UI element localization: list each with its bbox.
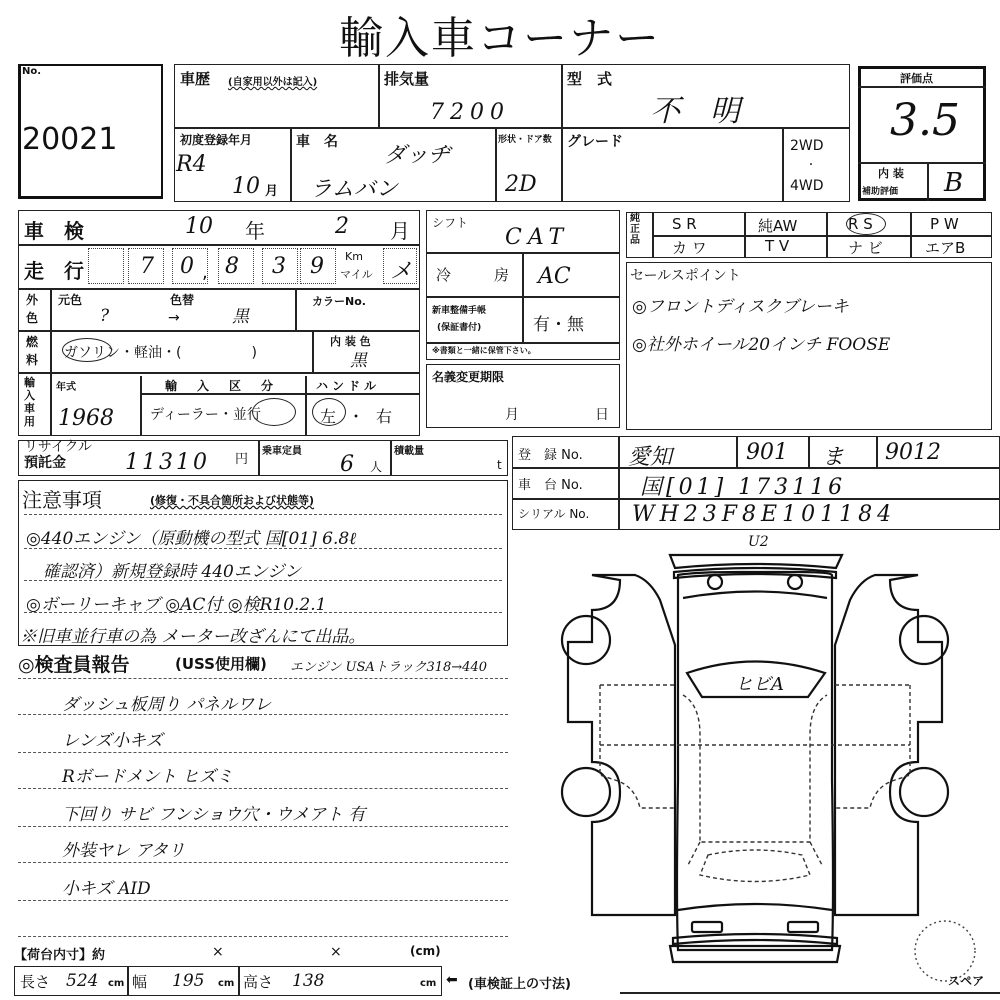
name-change-month: 月 (505, 404, 519, 424)
inspection-year-unit: 年 (245, 215, 265, 244)
inspector-label: ◎検査員報告 (18, 650, 130, 677)
mileage-label: 走 行 (24, 255, 84, 284)
drive-4wd: 4WD (790, 178, 824, 194)
body-doors-label: 形状・ドア数 (498, 132, 552, 145)
inspection-year: 10 (185, 214, 213, 239)
inspector-line-2: レンズ小キズ (62, 726, 163, 751)
maintenance-book-options: 有・無 (533, 310, 584, 335)
arrow-left-icon: ⬅ (446, 972, 458, 988)
aircon-value: AC (538, 264, 571, 289)
serial-number-value: WH23F8E101184 (632, 502, 896, 527)
car-damage-diagram (540, 530, 1000, 1000)
sales-point-2: ◎社外ホイール20インチ FOOSE (632, 330, 890, 355)
equipment-pw: P W (930, 215, 959, 233)
equipment-airbag: エアB (925, 237, 965, 258)
equipment-tv: T V (765, 237, 789, 255)
handle-label: ハンドル (316, 377, 380, 394)
load-unit: t (497, 458, 502, 472)
mileage-digit-5: 9 (310, 254, 324, 279)
original-color-value: ? (100, 306, 109, 326)
lot-number: 20021 (22, 122, 117, 157)
width-value: 195 (172, 971, 204, 991)
lot-label: No. (22, 66, 41, 77)
exterior-color-label1: 外 (26, 291, 38, 308)
cargo-x2: × (330, 944, 342, 960)
color-change-arrow: → (168, 310, 180, 326)
recycle-value: 11310 (125, 450, 210, 475)
inspector-line-4: 下回り サビ フンショウ穴・ウメアト 有 (62, 800, 365, 825)
equipment-side-label: 純正品 (630, 213, 644, 246)
inspection-label: 車 検 (24, 215, 84, 244)
reg-part-number: 9012 (885, 440, 941, 465)
interior-color-value: 黒 (350, 346, 367, 371)
inspector-line-6: 小キズ AID (62, 874, 151, 899)
body-doors-value: 2D (505, 172, 537, 197)
inspection-month-unit: 月 (390, 215, 410, 244)
equipment-leather: カ ワ (672, 237, 707, 258)
inspector-line-1: ダッシュ板周り パネルワレ (62, 690, 271, 715)
reg-part-area: 愛知 (628, 440, 672, 471)
mileage-digit-4: 3 (272, 254, 286, 279)
import-category-label: 輸 入 区 分 (165, 377, 277, 394)
sales-point-1: ◎フロントディスクブレーキ (632, 292, 849, 317)
diagram-windshield-mark: ヒビA (735, 670, 784, 696)
mileage-comma: , (202, 262, 208, 283)
mileage-unit-km: Km (345, 250, 363, 263)
notes-line-1: ◎440エンジン（原動機の型式 国[01] 6.8ℓ (26, 524, 356, 549)
displacement-value: 7200 (430, 100, 510, 125)
notes-sub: (修復・不具合箇所および状態等) (150, 492, 314, 508)
serial-number-label: シリアル No. (518, 505, 589, 522)
height-label: 高さ (243, 971, 273, 992)
load-label: 積載量 (394, 442, 424, 457)
sales-points-label: セールスポイント (630, 265, 741, 285)
capacity-value: 6 (340, 452, 354, 477)
cargo-label: 【荷台内寸】約 (14, 944, 105, 963)
handle-selected-circle (312, 398, 346, 426)
fuel-label1: 燃 (26, 333, 38, 350)
width-unit: cm (218, 978, 234, 989)
reg-part-kana: ま (822, 440, 844, 471)
color-number-label: カラーNo. (312, 293, 366, 309)
inspector-line-3: Rボードメント ヒズミ (62, 762, 233, 787)
height-unit: cm (420, 978, 436, 989)
fuel-label2: 料 (26, 351, 38, 368)
score-label: 評価点 (900, 70, 933, 86)
aircon-label: 冷 房 (436, 264, 523, 285)
reg-part-class: 901 (746, 440, 788, 465)
capacity-label: 乗車定員 (262, 442, 302, 457)
maintenance-book-label1: 新車整備手帳 (432, 303, 486, 316)
first-registration-month-suffix: 月 (265, 180, 278, 199)
inspector-sub: (USS使用欄) (175, 653, 267, 674)
model-code-label: 型 式 (567, 68, 612, 89)
notes-label: 注意事項 (22, 484, 102, 513)
drive-sep: ・ (806, 156, 816, 171)
equipment-rs-circle (846, 213, 886, 235)
height-value: 138 (292, 971, 324, 991)
displacement-label: 排気量 (384, 68, 429, 89)
length-unit: cm (108, 978, 124, 989)
car-name-line2: ラムバン (310, 172, 398, 203)
import-year-value: 1968 (58, 406, 114, 431)
maintenance-book-note: ※書類と一緒に保管下さい。 (432, 345, 536, 356)
mileage-digit-3: 8 (225, 254, 239, 279)
equipment-genuine-aw: 純AW (758, 215, 797, 236)
first-registration-era-year: R4 (176, 152, 207, 177)
new-color-value: 黒 (232, 302, 249, 327)
first-registration-month: 10 (232, 174, 260, 199)
inspection-month: 2 (335, 214, 349, 239)
import-year-label: 年式 (56, 378, 76, 393)
shift-label: シフト (432, 214, 468, 231)
history-note: (自家用以外は記入) (228, 73, 317, 88)
name-change-label: 名義変更期限 (432, 368, 504, 385)
grade-label: グレード (567, 131, 623, 151)
maintenance-book-label2: (保証書付) (437, 320, 481, 333)
mileage-unit-mile: マイル (340, 266, 373, 282)
mileage-digit-1: 7 (140, 254, 154, 279)
score-value: 3.5 (890, 95, 960, 146)
fuel-selected-circle (62, 338, 112, 362)
import-label: 輸入車用 (24, 376, 38, 428)
drive-2wd: 2WD (790, 138, 824, 154)
length-label: 長さ (20, 971, 50, 992)
cargo-x1: × (212, 944, 224, 960)
name-change-day: 日 (595, 404, 609, 424)
equipment-sr: S R (672, 215, 697, 233)
notes-line-2: 確認済）新規登録時 440エンジン (26, 557, 301, 582)
mileage-digit-2: 0 (180, 254, 194, 279)
reg-number-label: 登 録 No. (518, 444, 583, 463)
car-name-line1: ダッヂ (384, 138, 450, 169)
interior-score-value: B (944, 168, 963, 198)
interior-score-label1: 内 装 (878, 165, 904, 181)
width-label: 幅 (132, 971, 147, 992)
chassis-number-value: 国[01] 173116 (640, 470, 846, 501)
chassis-number-label: 車 台 No. (518, 474, 583, 493)
inspector-aside: エンジン USAトラック318→440 (290, 656, 487, 675)
import-category-selected-circle (252, 398, 296, 426)
length-value: 524 (66, 971, 98, 991)
page-title: 輸入車コーナー (0, 2, 1000, 66)
first-registration-label: 初度登録年月 (180, 131, 252, 148)
interior-score-label2: 補助評価 (862, 184, 898, 197)
recycle-label1: リサイクル (24, 440, 92, 455)
notes-line-4: ※旧車並行車の為 メーター改ざんにて出品。 (20, 622, 365, 647)
recycle-label2: 預託金 (24, 456, 66, 471)
original-color-label: 元色 (58, 291, 82, 308)
color-change-label: 色替 (170, 291, 194, 308)
capacity-unit: 人 (370, 458, 382, 475)
shift-value: CAT (505, 225, 569, 250)
notes-line-3: ◎ボーリーキャブ ◎AC付 ◎検R10.2.1 (26, 590, 326, 615)
exterior-color-label2: 色 (26, 309, 38, 326)
inspector-line-5: 外装ヤレ アタリ (62, 836, 185, 861)
cargo-unit: (cm) (410, 944, 441, 958)
car-name-label: 車 名 (296, 131, 338, 151)
spare-label: スペア (948, 972, 984, 989)
import-category-options: ディーラー・並行 (150, 404, 261, 424)
history-label: 車歴 (180, 68, 210, 89)
equipment-navi: ナ ビ (848, 237, 883, 258)
recycle-unit: 円 (235, 448, 248, 467)
model-code-value: 不 明 (650, 86, 740, 130)
mileage-suffix: メ (390, 254, 412, 285)
diagram-front-mark: U2 (748, 534, 769, 550)
